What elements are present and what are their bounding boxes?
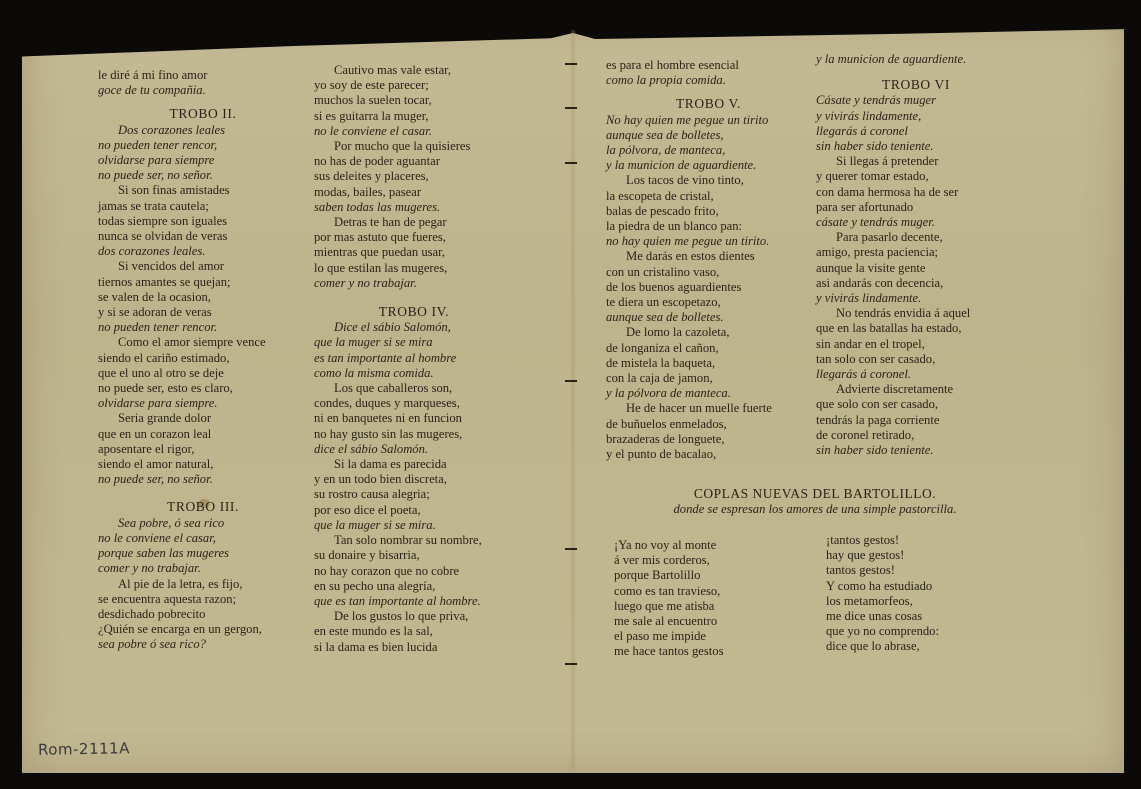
coplas-title-block: COPLAS NUEVAS DEL BARTOLILLO. donde se e… bbox=[615, 486, 1015, 517]
verse-line: como es tan travieso, bbox=[614, 584, 804, 599]
verse-line: cásate y tendrás muger. bbox=[816, 215, 1016, 230]
verse-line: no has de poder aguantar bbox=[314, 154, 514, 169]
verse-line: He de hacer un muelle fuerte bbox=[606, 401, 811, 416]
verse-line: Al pie de la letra, es fijo, bbox=[98, 577, 308, 592]
stanza-trobo-ii: Dos corazones lealesno pueden tener renc… bbox=[98, 123, 308, 488]
verse-line: no puede ser, esto es claro, bbox=[98, 381, 308, 396]
verse-line: mientras que puedan usar, bbox=[314, 245, 514, 260]
verse-line: balas de pescado frito, bbox=[606, 204, 811, 219]
verse-line: Advierte discretamente bbox=[816, 382, 1016, 397]
verse-line: no hay gusto sin las mugeres, bbox=[314, 427, 514, 442]
verse-line: se encuentra aquesta razon; bbox=[98, 592, 308, 607]
verse-line: olvidarse para siempre bbox=[98, 153, 308, 168]
verse-line: No tendrás envidia á aquel bbox=[816, 306, 1016, 321]
verse-line: comer y no trabajar. bbox=[98, 561, 308, 576]
verse-line: y la pólvora de manteca. bbox=[606, 386, 811, 401]
verse-line: Me darás en estos dientes bbox=[606, 249, 811, 264]
verse-line: dos corazones leales. bbox=[98, 244, 308, 259]
verse-line: todas siempre son iguales bbox=[98, 214, 308, 229]
fold-mark bbox=[565, 162, 577, 164]
verse-line: ¡Ya no voy al monte bbox=[614, 538, 804, 553]
verse-line: la piedra de un blanco pan: bbox=[606, 219, 811, 234]
verse-line: sin haber sido teniente. bbox=[816, 139, 1016, 154]
verse-line: y en un todo bien discreta, bbox=[314, 472, 514, 487]
verse-line: á ver mis corderos, bbox=[614, 553, 804, 568]
verse-line: que el uno al otro se deje bbox=[98, 366, 308, 381]
verse-line: con la caja de jamon, bbox=[606, 371, 811, 386]
verse-line: me dice unas cosas bbox=[826, 609, 1006, 624]
verse-line: que en un corazon leal bbox=[98, 427, 308, 442]
verse-line: lo que estilan las mugeres, bbox=[314, 261, 514, 276]
verse-line: Y como ha estudiado bbox=[826, 579, 1006, 594]
verse-line: tan solo con ser casado, bbox=[816, 352, 1016, 367]
verse-line: siendo el amor natural, bbox=[98, 457, 308, 472]
verse-line: y la municion de aguardiente. bbox=[816, 52, 1016, 67]
verse-line: tendrás la paga corriente bbox=[816, 413, 1016, 428]
verse-line: Los tacos de vino tinto, bbox=[606, 173, 811, 188]
verse-line: porque Bartolillo bbox=[614, 568, 804, 583]
verse-line: de coronel retirado, bbox=[816, 428, 1016, 443]
verse-line: como la misma comida. bbox=[314, 366, 514, 381]
verse-line: y si se adoran de veras bbox=[98, 305, 308, 320]
verse-line: y querer tomar estado, bbox=[816, 169, 1016, 184]
verse-line: Si la dama es parecida bbox=[314, 457, 514, 472]
verse-line: su donaire y bisarria, bbox=[314, 548, 514, 563]
verse-line: sus deleites y placeres, bbox=[314, 169, 514, 184]
verse-line: de los buenos aguardientes bbox=[606, 280, 811, 295]
stanza-trobo-iii-cont: Cautivo mas vale estar,yo soy de este pa… bbox=[314, 63, 514, 291]
verse-line: no pueden tener rencor. bbox=[98, 320, 308, 335]
verse-line: ni en banquetes ni en funcion bbox=[314, 411, 514, 426]
coplas-left-verses: ¡Ya no voy al monteá ver mis corderos,po… bbox=[614, 538, 804, 660]
verse-line: y el punto de bacalao, bbox=[606, 447, 811, 462]
verse-line: llegarás á coronel bbox=[816, 124, 1016, 139]
heading-trobo-iii: TROBO III. bbox=[98, 499, 308, 514]
coplas-left-column: ¡Ya no voy al monteá ver mis corderos,po… bbox=[614, 538, 804, 660]
verse-line: modas, bailes, pasear bbox=[314, 185, 514, 200]
verse-line: si la dama es bien lucida bbox=[314, 640, 514, 655]
verse-line: que yo no comprendo: bbox=[826, 624, 1006, 639]
center-fold bbox=[570, 30, 576, 770]
verse-line: con dama hermosa ha de ser bbox=[816, 185, 1016, 200]
verse-line: me sale al encuentro bbox=[614, 614, 804, 629]
verse-line: olvidarse para siempre. bbox=[98, 396, 308, 411]
verse-line: Detras te han de pegar bbox=[314, 215, 514, 230]
verse-line: aposentare el rigor, bbox=[98, 442, 308, 457]
verse-line: Los que caballeros son, bbox=[314, 381, 514, 396]
verse-line: por eso dice el poeta, bbox=[314, 503, 514, 518]
verse-line: siendo el cariño estimado, bbox=[98, 351, 308, 366]
verse-line: porque saben las mugeres bbox=[98, 546, 308, 561]
fold-mark bbox=[565, 380, 577, 382]
verse-line: que en las batallas ha estado, bbox=[816, 321, 1016, 336]
heading-trobo-v: TROBO V. bbox=[606, 96, 811, 111]
verse-line: Sea pobre, ó sea rico bbox=[98, 516, 308, 531]
verse-line: yo soy de este parecer; bbox=[314, 78, 514, 93]
verse-line: Seria grande dolor bbox=[98, 411, 308, 426]
verse-line: dice el sábio Salomón. bbox=[314, 442, 514, 457]
fold-mark bbox=[565, 548, 577, 550]
verse-line: y vivirás lindamente. bbox=[816, 291, 1016, 306]
verse-line: Cásate y tendrás muger bbox=[816, 93, 1016, 108]
verse-line: Tan solo nombrar su nombre, bbox=[314, 533, 514, 548]
verse-line: Si vencidos del amor bbox=[98, 259, 308, 274]
verse-line: te diera un escopetazo, bbox=[606, 295, 811, 310]
verse-line: Por mucho que la quisieres bbox=[314, 139, 514, 154]
verse-line: De los gustos lo que priva, bbox=[314, 609, 514, 624]
verse-line: aunque la visite gente bbox=[816, 261, 1016, 276]
fold-mark bbox=[565, 663, 577, 665]
verse-line: los metamorfeos, bbox=[826, 594, 1006, 609]
verse-line: me hace tantos gestos bbox=[614, 644, 804, 659]
verse-line: sea pobre ó sea rico? bbox=[98, 637, 308, 652]
verse-line: Dos corazones leales bbox=[98, 123, 308, 138]
stanza-trobo-iv: Dice el sábio Salomón,que la muger si se… bbox=[314, 320, 514, 654]
verse-line: comer y no trabajar. bbox=[314, 276, 514, 291]
verse-line: su rostro causa alegria; bbox=[314, 487, 514, 502]
verse-line: que la muger si se mira bbox=[314, 335, 514, 350]
verse-line: hay que gestos! bbox=[826, 548, 1006, 563]
verse-line: se valen de la ocasion, bbox=[98, 290, 308, 305]
verse-line: por mas astuto que fueres, bbox=[314, 230, 514, 245]
verse-line: llegarás á coronel. bbox=[816, 367, 1016, 382]
verse-line: para ser afortunado bbox=[816, 200, 1016, 215]
verse-line: la pólvora, de manteca, bbox=[606, 143, 811, 158]
verse-line: es tan importante al hombre bbox=[314, 351, 514, 366]
verse-line: aunque sea de bolletes, bbox=[606, 128, 811, 143]
stanza-trobo-v: No hay quien me pegue un tiritoaunque se… bbox=[606, 113, 811, 463]
verse-line: Si son finas amistades bbox=[98, 183, 308, 198]
verse-line: no puede ser, no señor. bbox=[98, 472, 308, 487]
verse-line: es para el hombre esencial bbox=[606, 58, 811, 73]
verse-line: luego que me atisba bbox=[614, 599, 804, 614]
heading-trobo-iv: TROBO IV. bbox=[314, 304, 514, 319]
verse-line: jamas se trata cautela; bbox=[98, 199, 308, 214]
verse-line: tiernos amantes se quejan; bbox=[98, 275, 308, 290]
column-a: le diré á mi fino amorgoce de tu compañi… bbox=[98, 68, 308, 653]
verse-line: De lomo la cazoleta, bbox=[606, 325, 811, 340]
verse-line: tantos gestos! bbox=[826, 563, 1006, 578]
verse-line: No hay quien me pegue un tirito bbox=[606, 113, 811, 128]
stanza-trobo-vi: Cásate y tendrás mugery vivirás lindamen… bbox=[816, 93, 1016, 458]
verse-line: que la muger si se mira. bbox=[314, 518, 514, 533]
verse-line: no hay corazon que no cobre bbox=[314, 564, 514, 579]
verse-line: dice que lo abrase, bbox=[826, 639, 1006, 654]
verse-line: que solo con ser casado, bbox=[816, 397, 1016, 412]
verse-line: con un cristalino vaso, bbox=[606, 265, 811, 280]
fold-mark bbox=[565, 63, 577, 65]
column-c: es para el hombre esencialcomo la propia… bbox=[606, 58, 811, 462]
verse-line: de buñuelos enmelados, bbox=[606, 417, 811, 432]
verse-line: no le conviene el casar, bbox=[98, 531, 308, 546]
verse-line: goce de tu compañia. bbox=[98, 83, 308, 98]
verse-line: en su pecho una alegría, bbox=[314, 579, 514, 594]
coplas-right-column: ¡tantos gestos!hay que gestos!tantos ges… bbox=[826, 533, 1006, 655]
verse-line: el paso me impide bbox=[614, 629, 804, 644]
coplas-title: COPLAS NUEVAS DEL BARTOLILLO. bbox=[615, 486, 1015, 502]
verse-line: no pueden tener rencor, bbox=[98, 138, 308, 153]
verse-line: Para pasarlo decente, bbox=[816, 230, 1016, 245]
verse-line: de mistela la baqueta, bbox=[606, 356, 811, 371]
verse-line: condes, duques y marqueses, bbox=[314, 396, 514, 411]
verse-line: ¡tantos gestos! bbox=[826, 533, 1006, 548]
verse-line: Dice el sábio Salomón, bbox=[314, 320, 514, 335]
verse-line: muchos la suelen tocar, bbox=[314, 93, 514, 108]
continuation-lines: y la municion de aguardiente. bbox=[816, 52, 1016, 67]
continuation-lines: es para el hombre esencialcomo la propia… bbox=[606, 58, 811, 88]
verse-line: no hay quien me pegue un tirito. bbox=[606, 234, 811, 249]
verse-line: como la propia comida. bbox=[606, 73, 811, 88]
verse-line: en este mundo es la sal, bbox=[314, 624, 514, 639]
verse-line: no puede ser, no señor. bbox=[98, 168, 308, 183]
verse-line: saben todas las mugeres. bbox=[314, 200, 514, 215]
verse-line: asi andarás con decencia, bbox=[816, 276, 1016, 291]
verse-line: brazaderas de longuete, bbox=[606, 432, 811, 447]
verse-line: Si llegas á pretender bbox=[816, 154, 1016, 169]
coplas-subtitle: donde se espresan los amores de una simp… bbox=[615, 502, 1015, 517]
verse-line: de longaniza el cañon, bbox=[606, 341, 811, 356]
continuation-lines: le diré á mi fino amorgoce de tu compañi… bbox=[98, 68, 308, 98]
verse-line: sin haber sido teniente. bbox=[816, 443, 1016, 458]
verse-line: si es guitarra la muger, bbox=[314, 109, 514, 124]
verse-line: la escopeta de cristal, bbox=[606, 189, 811, 204]
verse-line: Como el amor siempre vence bbox=[98, 335, 308, 350]
heading-trobo-vi: TROBO VI bbox=[816, 77, 1016, 92]
verse-line: sin andar en el tropel, bbox=[816, 337, 1016, 352]
fold-mark bbox=[565, 107, 577, 109]
verse-line: nunca se olvidan de veras bbox=[98, 229, 308, 244]
column-d: y la municion de aguardiente. TROBO VI C… bbox=[816, 52, 1016, 458]
coplas-right-verses: ¡tantos gestos!hay que gestos!tantos ges… bbox=[826, 533, 1006, 655]
shelfmark-annotation: Rom-2111A bbox=[38, 739, 130, 759]
verse-line: desdichado pobrecito bbox=[98, 607, 308, 622]
verse-line: amigo, presta paciencia; bbox=[816, 245, 1016, 260]
verse-line: Cautivo mas vale estar, bbox=[314, 63, 514, 78]
verse-line: no le conviene el casar. bbox=[314, 124, 514, 139]
verse-line: y la municion de aguardiente. bbox=[606, 158, 811, 173]
stanza-trobo-iii: Sea pobre, ó sea ricono le conviene el c… bbox=[98, 516, 308, 653]
heading-trobo-ii: TROBO II. bbox=[98, 106, 308, 121]
verse-line: ¿Quién se encarga en un gergon, bbox=[98, 622, 308, 637]
verse-line: y vivirás lindamente, bbox=[816, 109, 1016, 124]
column-b: Cautivo mas vale estar,yo soy de este pa… bbox=[314, 63, 514, 655]
verse-line: aunque sea de bolletes. bbox=[606, 310, 811, 325]
verse-line: que es tan importante al hombre. bbox=[314, 594, 514, 609]
verse-line: le diré á mi fino amor bbox=[98, 68, 308, 83]
